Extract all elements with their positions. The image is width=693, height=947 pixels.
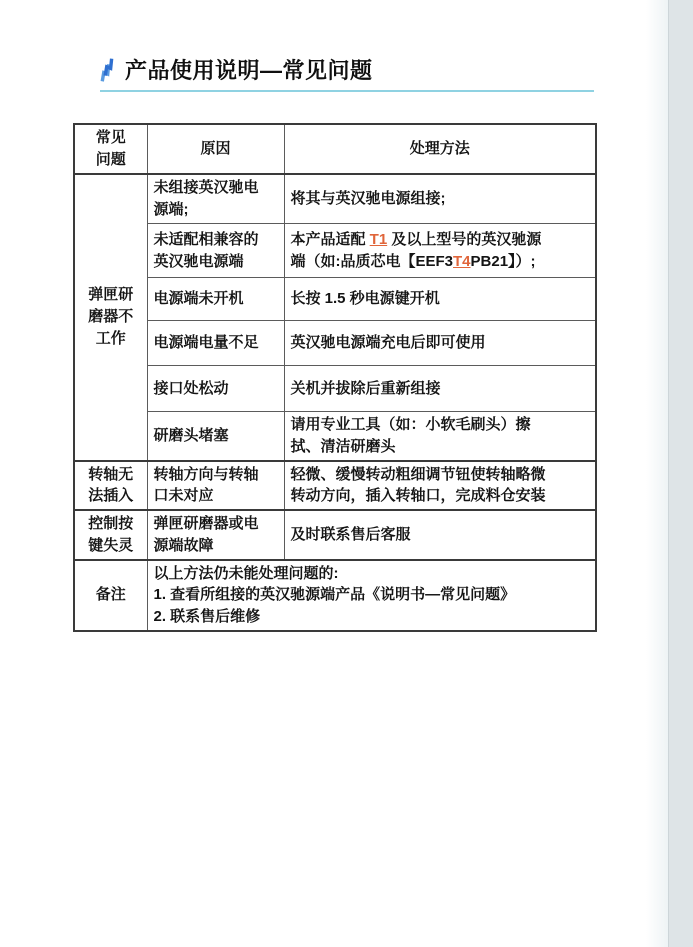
problem-cell-grinder-not-working: 弹匣研 磨器不 工作 [74,174,147,461]
method-cell: 轻微、缓慢转动粗细调节钮使转轴略微 转动方向，插入转轴口，完成料仓安装 [284,461,596,511]
cause-cell: 接口处松动 [147,366,284,412]
cause-cell: 弹匣研磨器或电 源端故障 [147,510,284,560]
method-cell: 英汉驰电源端充电后即可使用 [284,321,596,366]
cause-cell: 转轴方向与转轴 口未对应 [147,461,284,511]
table-row: 弹匣研 磨器不 工作 未组接英汉驰电 源端; 将其与英汉驰电源组接; [74,174,596,224]
zigzag-lightning-icon [96,58,118,82]
page-edge-strip [668,0,693,947]
header-row: 常见 问题 原因 处理方法 [74,124,596,174]
problem-cell-shaft-insert: 转轴无 法插入 [74,461,147,511]
cause-cell: 研磨头堵塞 [147,412,284,461]
method-cell: 将其与英汉驰电源组接; [284,174,596,224]
header-method: 处理方法 [284,124,596,174]
table-row: 接口处松动 关机并拔除后重新组接 [74,366,596,412]
method-cell: 请用专业工具（如：小软毛刷头）擦 拭、清洁研磨头 [284,412,596,461]
table-row-notes: 备注 以上方法仍未能处理问题的: 1. 查看所组接的英汉驰源端产品《说明书—常见… [74,560,596,631]
page-title: 产品使用说明—常见问题 [125,54,373,85]
method-cell: 关机并拔除后重新组接 [284,366,596,412]
method-cell: 长按 1.5 秒电源键开机 [284,278,596,321]
notes-label-cell: 备注 [74,560,147,631]
method-cell: 及时联系售后客服 [284,510,596,560]
problem-cell-control-buttons: 控制按 键失灵 [74,510,147,560]
title-underline [100,90,594,92]
table-row: 未适配相兼容的 英汉驰电源端 本产品适配 T1 及以上型号的英汉驰源 端（如:品… [74,224,596,278]
model-t1-link[interactable]: T1 [370,231,388,248]
table-row: 控制按 键失灵 弹匣研磨器或电 源端故障 及时联系售后客服 [74,510,596,560]
faq-table: 常见 问题 原因 处理方法 弹匣研 磨器不 工作 未组接英汉驰电 源端; 将其与… [73,123,597,632]
method-text: PB21】）; [471,253,536,270]
cause-cell: 未适配相兼容的 英汉驰电源端 [147,224,284,278]
method-cell: 本产品适配 T1 及以上型号的英汉驰源 端（如:品质芯电【EEF3T4PB21】… [284,224,596,278]
cause-cell: 未组接英汉驰电 源端; [147,174,284,224]
header-problem: 常见 问题 [74,124,147,174]
table-header: 常见 问题 原因 处理方法 [74,124,596,174]
table-row: 电源端电量不足 英汉驰电源端充电后即可使用 [74,321,596,366]
model-t4-link[interactable]: T4 [453,253,471,270]
table-row: 研磨头堵塞 请用专业工具（如：小软毛刷头）擦 拭、清洁研磨头 [74,412,596,461]
table-row: 转轴无 法插入 转轴方向与转轴 口未对应 轻微、缓慢转动粗细调节钮使转轴略微 转… [74,461,596,511]
table-row: 电源端未开机 长按 1.5 秒电源键开机 [74,278,596,321]
page-title-row: 产品使用说明—常见问题 [96,54,373,85]
notes-content-cell: 以上方法仍未能处理问题的: 1. 查看所组接的英汉驰源端产品《说明书—常见问题》… [147,560,596,631]
page-edge-fade [646,0,668,947]
cause-cell: 电源端电量不足 [147,321,284,366]
cause-cell: 电源端未开机 [147,278,284,321]
method-text: 本产品适配 [291,231,370,248]
header-cause: 原因 [147,124,284,174]
